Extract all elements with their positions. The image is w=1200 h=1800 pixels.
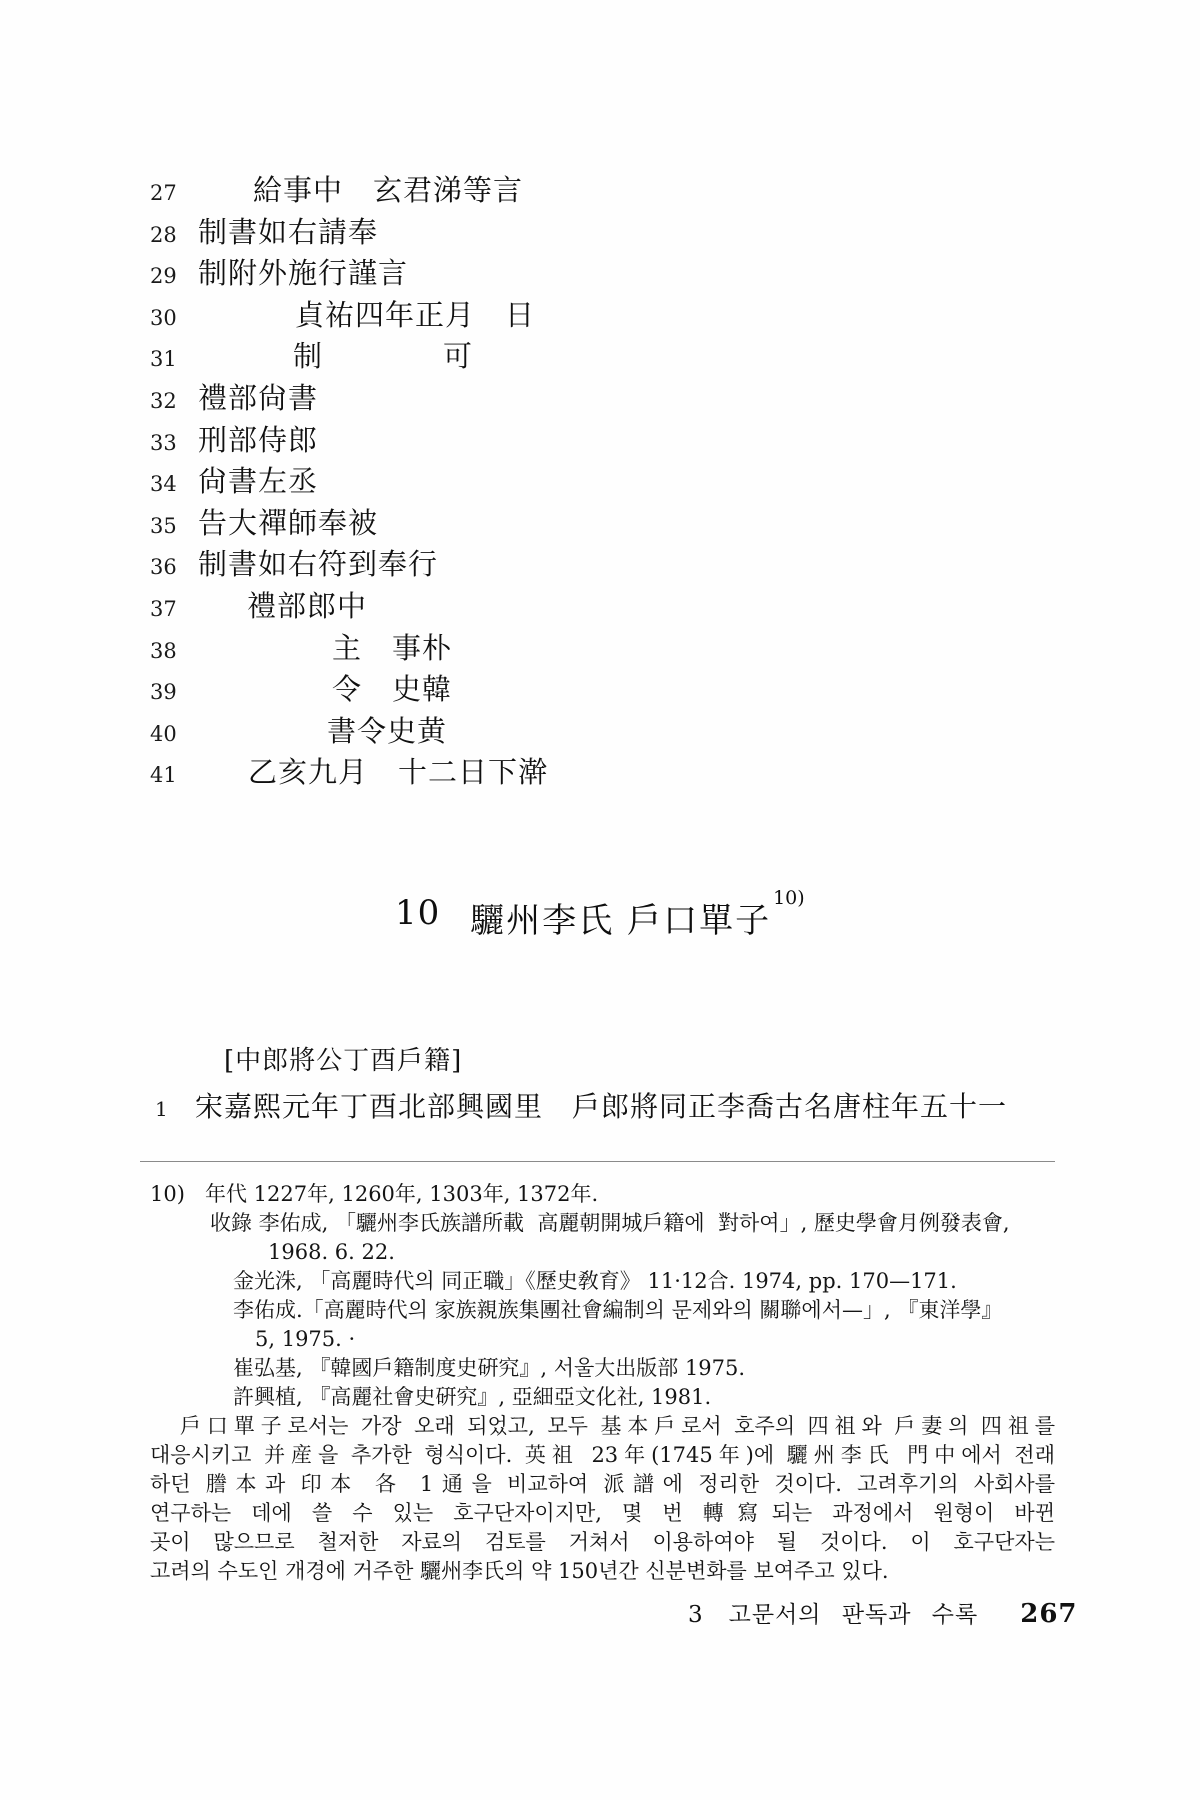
subsection-title: [中郎將公丁酉戶籍] bbox=[224, 1040, 462, 1077]
line-number: 34 bbox=[150, 472, 198, 496]
transcription-line: 38主 事朴 bbox=[150, 626, 1050, 668]
line-number: 28 bbox=[150, 223, 198, 247]
transcription-line: 28制書如右請奉 bbox=[150, 210, 1050, 252]
footnote-reference: 崔弘基, 『韓國戶籍制度史硏究』, 서울大出版部 1975. bbox=[233, 1354, 1065, 1383]
line-number: 32 bbox=[150, 389, 198, 413]
line-text: 禮部尙書 bbox=[198, 376, 318, 417]
line-number: 27 bbox=[150, 181, 198, 205]
line-text: 制附外施行謹言 bbox=[198, 251, 408, 292]
line-text: 給事中 玄君涕等言 bbox=[253, 168, 523, 209]
line-number: 40 bbox=[150, 722, 198, 746]
line-number: 36 bbox=[150, 555, 198, 579]
line-number: 29 bbox=[150, 264, 198, 288]
footnote-line: 10) 年代 1227年, 1260年, 1303年, 1372年. bbox=[150, 1180, 1065, 1209]
page-footer: 3 고문서의 판독과 수록 267 bbox=[688, 1596, 1078, 1629]
line-text: 貞祐四年正月 日 bbox=[295, 293, 535, 334]
line-text: 制書如右符到奉行 bbox=[198, 542, 438, 583]
line-text: 禮部郎中 bbox=[247, 584, 367, 625]
footnote-reference: 許興植, 『高麗社會史硏究』, 亞細亞文化社, 1981. bbox=[233, 1383, 1065, 1412]
manuscript-transcription: 27給事中 玄君涕等言 28制書如右請奉 29制附外施行謹言 30貞祐四年正月 … bbox=[150, 168, 1050, 792]
page-number: 267 bbox=[1020, 1599, 1077, 1629]
transcription-line: 29制附外施行謹言 bbox=[150, 251, 1050, 293]
transcription-line: 32禮部尙書 bbox=[150, 376, 1050, 418]
transcription-line: 27給事中 玄君涕等言 bbox=[150, 168, 1050, 210]
line-number: 30 bbox=[150, 306, 198, 330]
footnote-label: 10) bbox=[150, 1180, 205, 1209]
section-heading: 10 驪州李氏 戶口單子 10) bbox=[395, 893, 805, 942]
chapter-title: 고문서의 판독과 수록 bbox=[729, 1596, 979, 1629]
transcription-line: 40書令史黄 bbox=[150, 709, 1050, 751]
line-number: 31 bbox=[150, 347, 198, 371]
entry-text: 宋嘉熙元年丁酉北部興國里 戶郎將同正李喬古名唐柱年五十一 bbox=[195, 1085, 1007, 1125]
footnote-reference: 1968. 6. 22. bbox=[268, 1238, 1065, 1267]
footnote-paragraph-line: 곳이 많으므로 철저한 자료의 검토를 거쳐서 이용하여야 될 것이다. 이 호… bbox=[150, 1528, 1055, 1557]
line-text: 告大禪師奉被 bbox=[198, 501, 378, 542]
line-text: 乙亥九月 十二日下澣 bbox=[248, 750, 548, 791]
line-text: 制書如右請奉 bbox=[198, 210, 378, 251]
transcription-line: 30貞祐四年正月 日 bbox=[150, 293, 1050, 335]
transcription-line: 36制書如右符到奉行 bbox=[150, 542, 1050, 584]
transcription-line: 41乙亥九月 十二日下澣 bbox=[150, 750, 1050, 792]
line-text: 制 可 bbox=[293, 334, 473, 375]
transcription-line: 31制 可 bbox=[150, 334, 1050, 376]
line-number: 37 bbox=[150, 597, 198, 621]
footnote-paragraph-line: 하던 謄本과 印本 各 1通을 비교하여 派譜에 정리한 것이다. 고려후기의 … bbox=[150, 1470, 1055, 1499]
line-number: 35 bbox=[150, 514, 198, 538]
line-text: 尙書左丞 bbox=[198, 459, 318, 500]
section-number: 10 bbox=[395, 893, 440, 933]
footnote-paragraph-line: 戶口單子로서는 가장 오래 되었고, 모두 基本戶로서 호주의 四祖와 戶妻의 … bbox=[150, 1412, 1055, 1441]
transcription-line: 33刑部侍郎 bbox=[150, 418, 1050, 460]
entry-line: 1 宋嘉熙元年丁酉北部興國里 戶郎將同正李喬古名唐柱年五十一 bbox=[150, 1085, 1150, 1125]
footnote-paragraph-line: 대응시키고 并産을 추가한 형식이다. 英祖 23年(1745年)에 驪州李氏 … bbox=[150, 1441, 1055, 1470]
footnote-block: 10) 年代 1227年, 1260年, 1303年, 1372年. 收錄 李佑… bbox=[150, 1180, 1065, 1586]
entry-number: 1 bbox=[150, 1097, 195, 1121]
line-text: 刑部侍郎 bbox=[198, 418, 318, 459]
line-text: 主 事朴 bbox=[332, 626, 452, 667]
line-number: 39 bbox=[150, 680, 198, 704]
line-text: 令 史韓 bbox=[332, 667, 452, 708]
transcription-line: 37禮部郎中 bbox=[150, 584, 1050, 626]
line-number: 38 bbox=[150, 639, 198, 663]
line-number: 33 bbox=[150, 431, 198, 455]
book-page: 27給事中 玄君涕等言 28制書如右請奉 29制附外施行謹言 30貞祐四年正月 … bbox=[0, 0, 1200, 1800]
footnote-separator bbox=[140, 1161, 1055, 1162]
transcription-line: 35告大禪師奉被 bbox=[150, 501, 1050, 543]
footnote-reference: 李佑成.「高麗時代의 家族親族集團社會編制의 문제와의 關聯에서—」, 『東洋學… bbox=[233, 1296, 1065, 1325]
footnote-paragraph-line: 고려의 수도인 개경에 거주한 驪州李氏의 약 150년간 신분변화를 보여주고… bbox=[150, 1557, 1055, 1586]
footnote-reference: 金光洙, 「高麗時代의 同正職」《歷史敎育》 11·12合. 1974, pp.… bbox=[233, 1267, 1065, 1296]
chapter-number: 3 bbox=[688, 1602, 703, 1628]
transcription-line: 39令 史韓 bbox=[150, 667, 1050, 709]
section-title: 驪州李氏 戶口單子 bbox=[470, 893, 771, 942]
transcription-line: 34尙書左丞 bbox=[150, 459, 1050, 501]
line-number: 41 bbox=[150, 763, 198, 787]
footnote-paragraph-line: 연구하는 데에 쓸 수 있는 호구단자이지만, 몇 번 轉寫되는 과정에서 원형… bbox=[150, 1499, 1055, 1528]
footnote-text: 年代 1227年, 1260年, 1303年, 1372年. bbox=[205, 1180, 598, 1209]
footnote-reference: 5, 1975. · bbox=[255, 1325, 1065, 1354]
footnote-reference: 收錄 李佑成, 「驪州李氏族譜所載 高麗朝開城戶籍에 對하여」, 歷史學會月例發… bbox=[210, 1209, 1065, 1238]
footnote-reference-marker: 10) bbox=[773, 887, 805, 909]
line-text: 書令史黄 bbox=[327, 709, 447, 750]
